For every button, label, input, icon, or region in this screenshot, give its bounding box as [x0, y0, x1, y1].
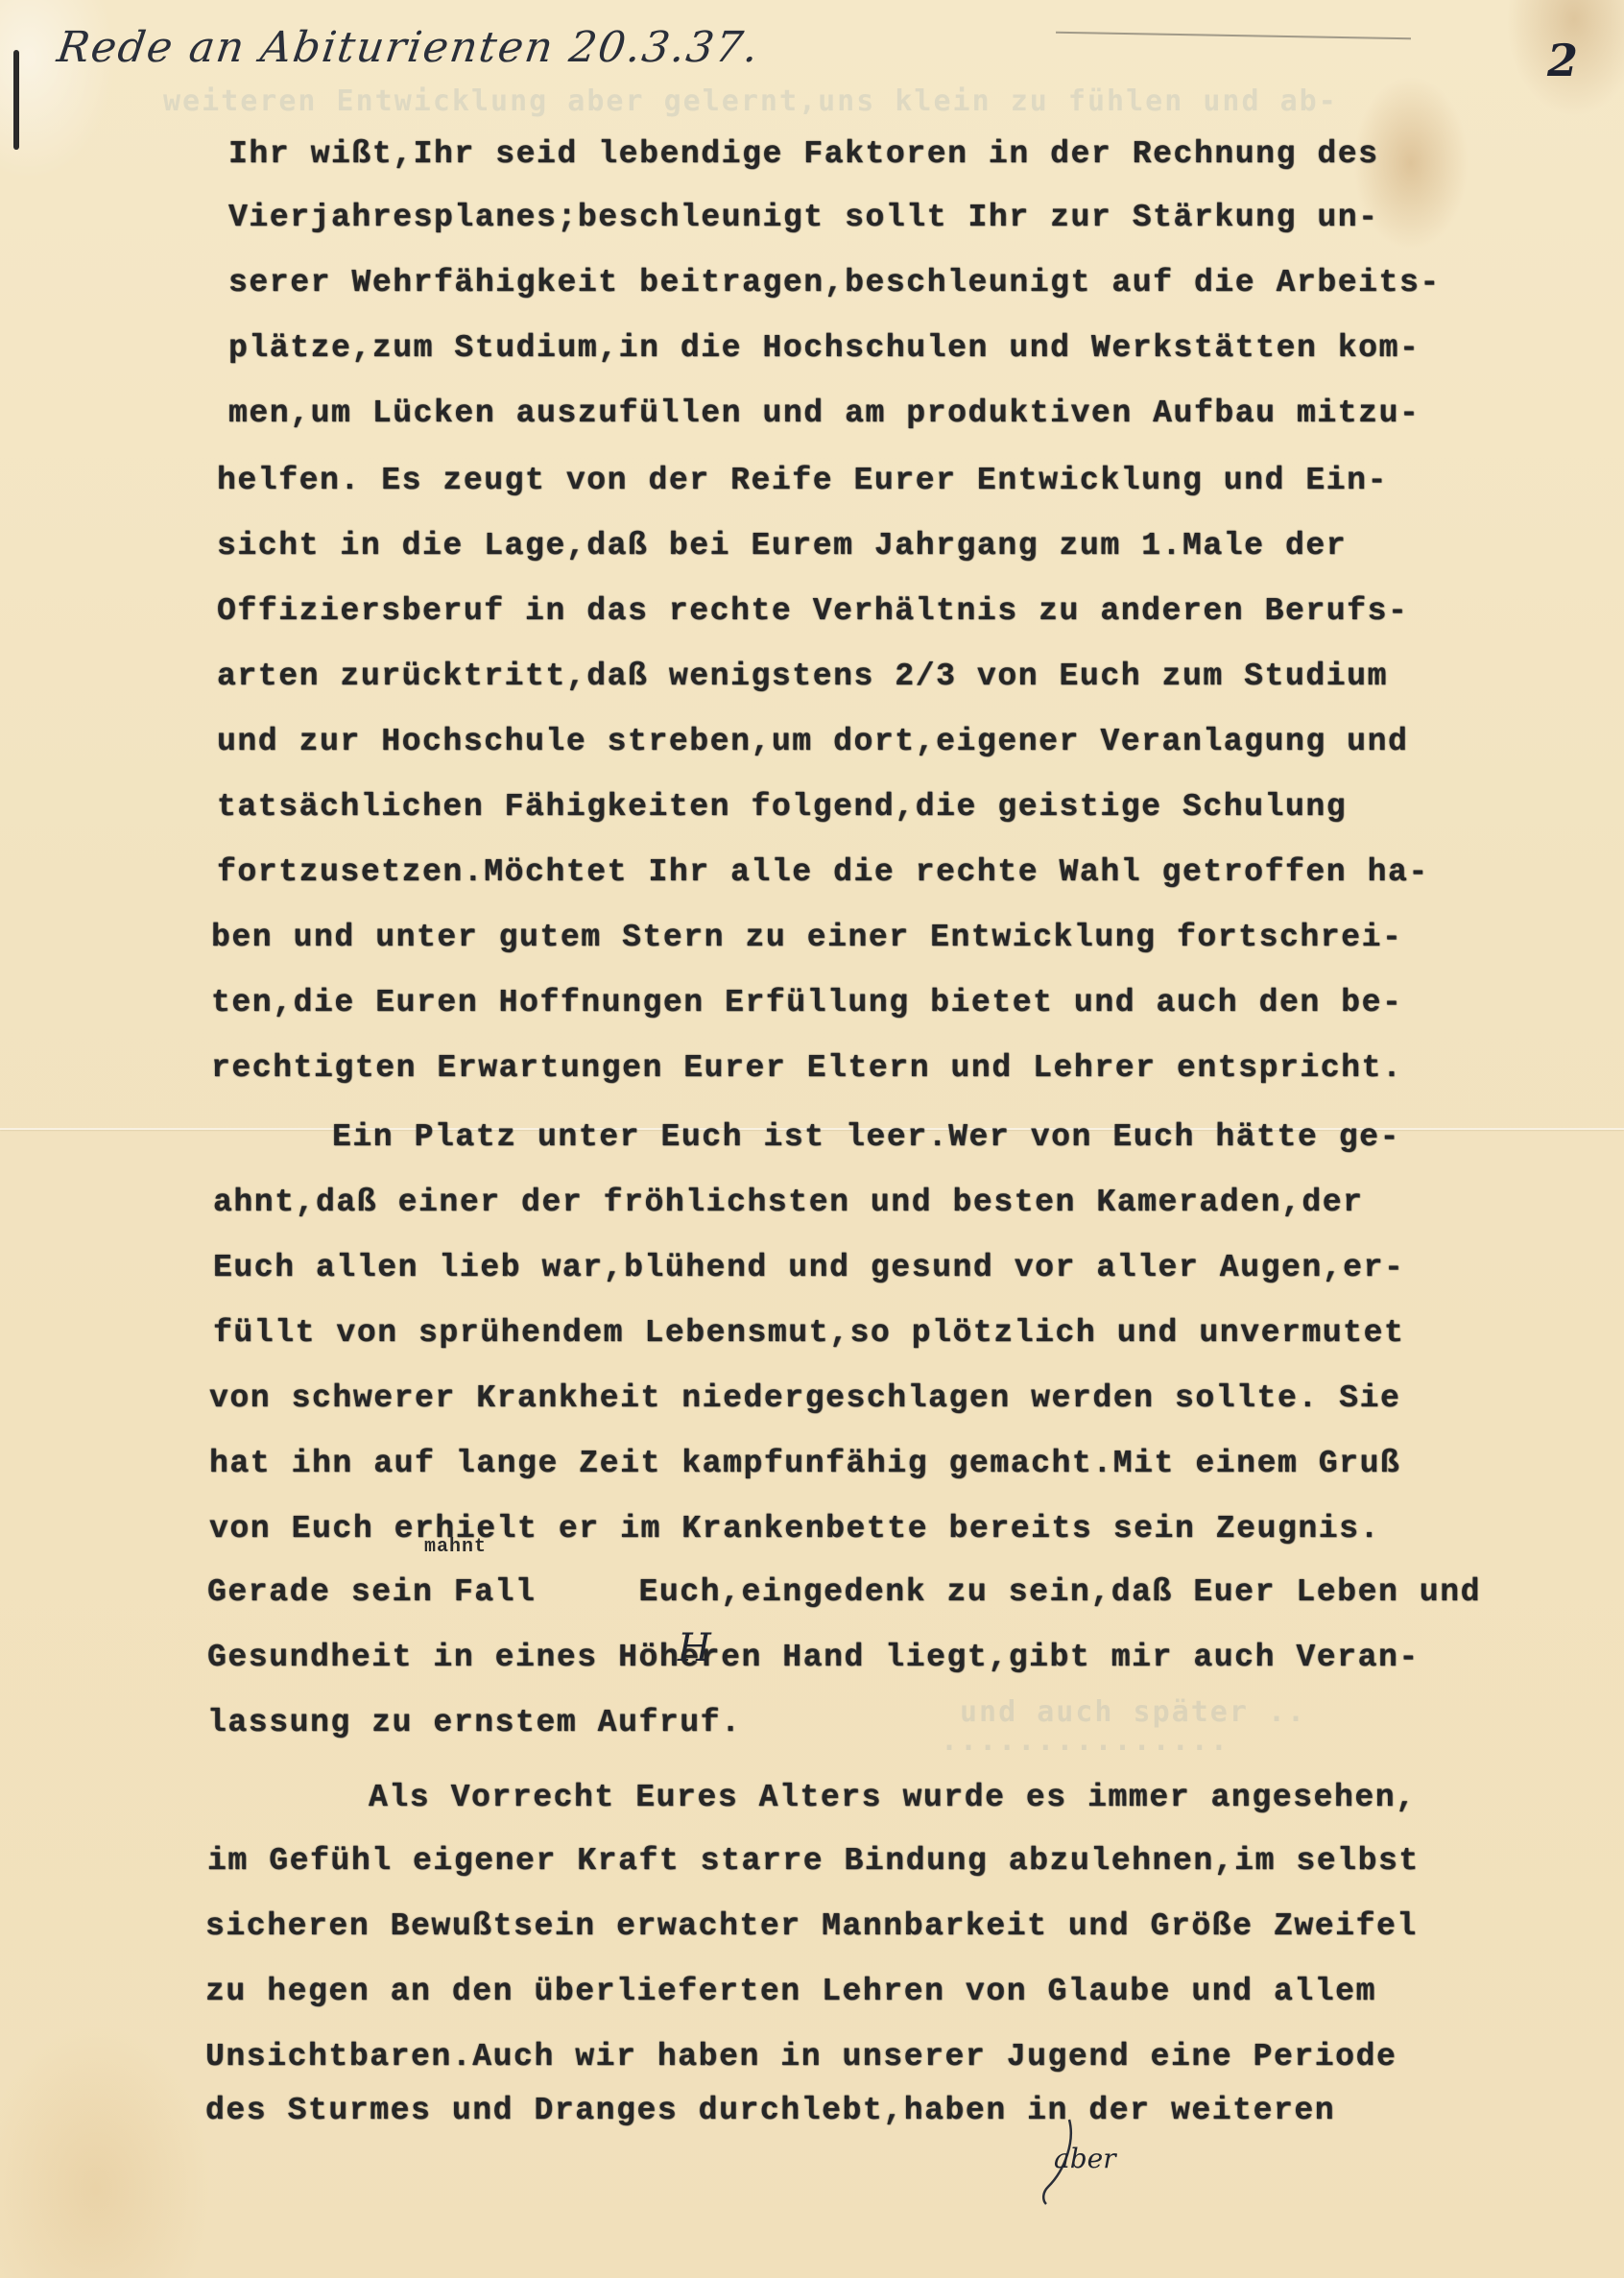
typed-line: helfen. Es zeugt von der Reife Eurer Ent… [217, 463, 1388, 498]
typed-line: und zur Hochschule streben,um dort,eigen… [217, 724, 1408, 759]
typed-line: des Sturmes und Dranges durchlebt,haben … [205, 2093, 1335, 2128]
typed-line: Vierjahresplanes;beschleunigt sollt Ihr … [228, 200, 1379, 235]
handwritten-header: Rede an Abiturienten 20.3.37. [54, 23, 763, 72]
typed-line: ahnt,daß einer der fröhlichsten und best… [213, 1185, 1364, 1220]
typed-line: hat ihn auf lange Zeit kampfunfähig gema… [209, 1446, 1400, 1481]
staple [13, 50, 19, 150]
typed-line: men,um Lücken auszufüllen und am produkt… [228, 396, 1420, 431]
typed-line: plätze,zum Studium,in die Hochschulen un… [228, 330, 1420, 366]
typed-line: im Gefühl eigener Kraft starre Bindung a… [207, 1843, 1420, 1879]
typed-line: Gesundheit in eines Höheren Hand liegt,g… [207, 1640, 1420, 1675]
typed-line: lassung zu ernstem Aufruf. [207, 1705, 741, 1740]
typed-line: sicheren Bewußtsein erwachter Mannbarkei… [205, 1908, 1418, 1944]
typed-line: tatsächlichen Fähigkeiten folgend,die ge… [217, 789, 1347, 825]
typed-line-paragraph-start: Als Vorrecht Eures Alters wurde es immer… [369, 1780, 1417, 1815]
typed-line: ben und unter gutem Stern zu einer Entwi… [211, 920, 1402, 955]
typed-line: fortzusetzen.Möchtet Ihr alle die rechte… [217, 854, 1429, 890]
typed-line: Offiziersberuf in das rechte Verhältnis … [217, 593, 1408, 629]
margin-annotation: aber [1054, 2143, 1116, 2174]
handwritten-correction: H [678, 1626, 711, 1670]
typed-line: sicht in die Lage,daß bei Eurem Jahrgang… [217, 528, 1347, 564]
typed-line-paragraph-start: Ein Platz unter Euch ist leer.Wer von Eu… [332, 1119, 1400, 1155]
typed-line: Ihr wißt,Ihr seid lebendige Faktoren in … [228, 136, 1379, 172]
typed-line: arten zurücktritt,daß wenigstens 2/3 von… [217, 659, 1388, 694]
typed-line: serer Wehrfähigkeit beitragen,beschleuni… [228, 265, 1441, 300]
show-through-text: ............... [941, 1724, 1230, 1758]
interlinear-insertion: mahnt [424, 1536, 487, 1558]
page-number: 2 [1547, 35, 1578, 86]
document-page: Rede an Abiturienten 20.3.37. 2 weiteren… [0, 0, 1624, 2278]
typed-line: Euch allen lieb war,blühend und gesund v… [213, 1250, 1404, 1285]
typed-line: Gerade sein Fall Euch,eingedenk zu sein,… [207, 1574, 1481, 1610]
show-through-text: weiteren Entwicklung aber gelernt,uns kl… [163, 84, 1338, 118]
typed-line: zu hegen an den überlieferten Lehren von… [205, 1974, 1376, 2009]
typed-line: Unsichtbaren.Auch wir haben in unserer J… [205, 2039, 1397, 2074]
typed-line: füllt von sprühendem Lebensmut,so plötzl… [213, 1315, 1404, 1351]
typed-line: ten,die Euren Hoffnungen Erfüllung biete… [211, 985, 1402, 1020]
typed-line: von schwerer Krankheit niedergeschlagen … [209, 1380, 1400, 1416]
typed-line: rechtigten Erwartungen Eurer Eltern und … [211, 1050, 1402, 1086]
pencil-rule [1056, 32, 1411, 39]
typed-line: von Euch erhielt er im Krankenbette bere… [209, 1511, 1380, 1547]
